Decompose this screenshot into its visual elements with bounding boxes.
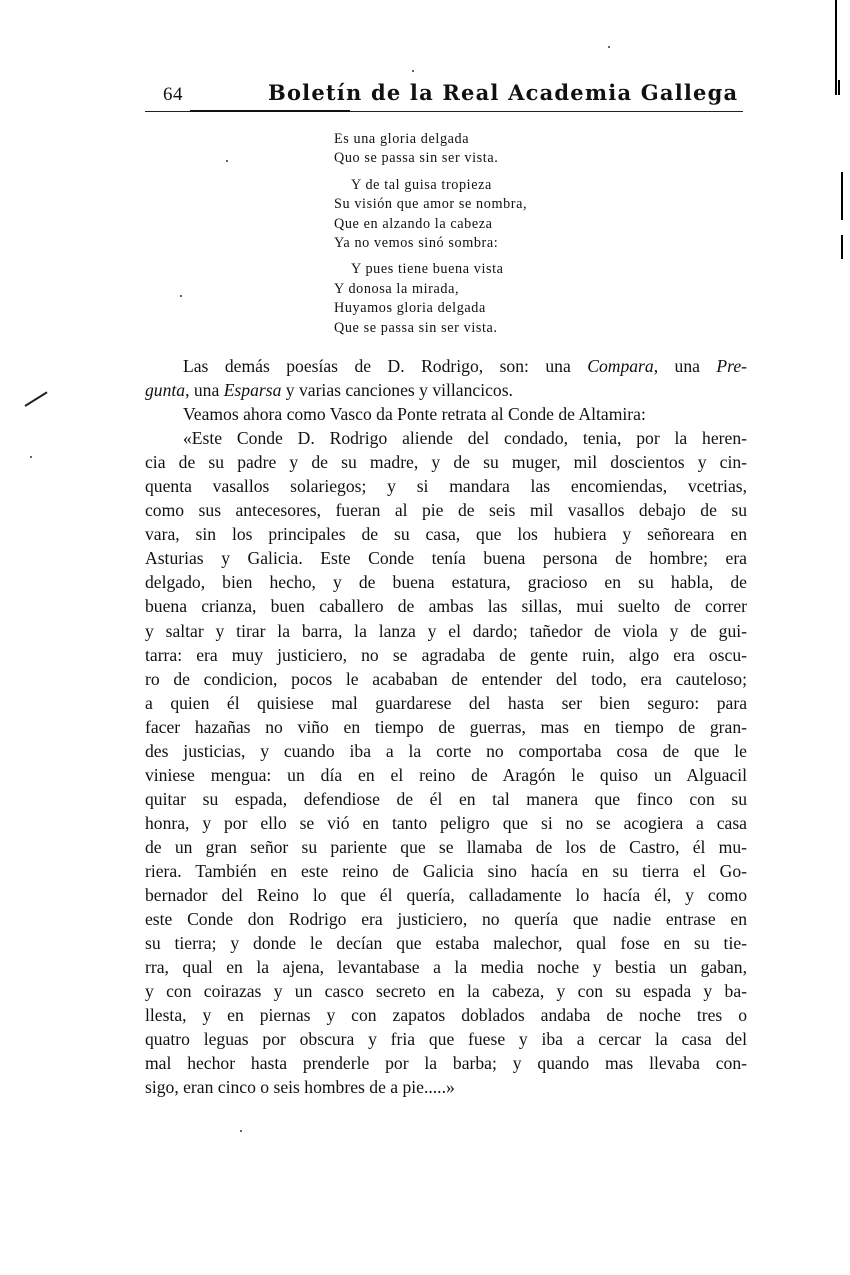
scan-edge-line xyxy=(841,235,843,259)
quote-line: ro de condicion, pocos le acababan de en… xyxy=(145,667,747,691)
poem-verse: Y pues tiene buena vista xyxy=(334,260,527,279)
page-number: 64 xyxy=(163,84,183,106)
quote-line: «Este Conde D. Rodrigo aliende del conda… xyxy=(145,426,747,450)
quote-line: sigo, eran cinco o seis hombres de a pie… xyxy=(145,1075,747,1099)
scan-edge-line xyxy=(838,80,840,95)
paragraph-line: Las demás poesías de D. Rodrigo, son: un… xyxy=(145,354,747,378)
paragraph-line: Veamos ahora como Vasco da Ponte retrata… xyxy=(145,402,747,426)
quote-line: des justicias, y cuando iba a la corte n… xyxy=(145,739,747,763)
poem-verse: Quo se passa sin ser vista. xyxy=(334,149,527,168)
quote-line: mal hechor hasta prenderle por la barba;… xyxy=(145,1051,747,1075)
quote-line: su tierra; y donde le decían que estaba … xyxy=(145,931,747,955)
scan-speck xyxy=(608,46,610,48)
quote-line: como sus antecesores, fueran al pie de s… xyxy=(145,498,747,522)
poem-verse: Que se passa sin ser vista. xyxy=(334,319,527,338)
text-run: y varias canciones y villancicos. xyxy=(281,380,513,400)
scan-edge-line xyxy=(841,172,843,220)
poem-stanza: Y pues tiene buena vista Y donosa la mir… xyxy=(334,260,527,338)
quote-line: vara, sin los principales de su casa, qu… xyxy=(145,522,747,546)
scan-speck xyxy=(226,160,228,162)
poem-block: Es una gloria delgada Quo se passa sin s… xyxy=(334,130,527,345)
poem-verse: Ya no vemos sinó sombra: xyxy=(334,234,527,253)
italic-title: Esparsa xyxy=(224,380,282,400)
quote-line: y con coirazas y un casco secreto en la … xyxy=(145,979,747,1003)
quote-line: rra, qual en la ajena, levantabase a la … xyxy=(145,955,747,979)
page-header: 64 Boletín de la Real Academia Gallega xyxy=(145,76,741,112)
quote-line: quitar su espada, defendiose de él en ta… xyxy=(145,787,747,811)
body-text: Las demás poesías de D. Rodrigo, son: un… xyxy=(145,354,747,1099)
text-run: , una xyxy=(185,380,224,400)
header-rule-thick xyxy=(190,110,350,112)
text-run: Las demás poesías de D. Rodrigo, son: un… xyxy=(183,356,587,376)
quote-line: este Conde don Rodrigo era justiciero, n… xyxy=(145,907,747,931)
poem-verse: Es una gloria delgada xyxy=(334,130,527,149)
paragraph-line: gunta, una Esparsa y varias canciones y … xyxy=(145,378,747,402)
quote-line: riera. También en este reino de Galicia … xyxy=(145,859,747,883)
quote-line: Asturias y Galicia. Este Conde tenía bue… xyxy=(145,546,747,570)
quote-line: quenta vasallos solariegos; y si mandara… xyxy=(145,474,747,498)
italic-title: gunta xyxy=(145,380,185,400)
quote-line: llesta, y en piernas y con zapatos dobla… xyxy=(145,1003,747,1027)
scan-edge-line xyxy=(835,0,837,95)
poem-verse: Y donosa la mirada, xyxy=(334,280,527,299)
quote-line: quatro leguas por obscura y fria que fue… xyxy=(145,1027,747,1051)
poem-verse: Huyamos gloria delgada xyxy=(334,299,527,318)
poem-stanza: Es una gloria delgada Quo se passa sin s… xyxy=(334,130,527,169)
quote-line: buena crianza, buen caballero de ambas l… xyxy=(145,594,747,618)
quote-line: a quien él quisiese mal guardarese del h… xyxy=(145,691,747,715)
quote-line: de un gran señor su pariente que se llam… xyxy=(145,835,747,859)
margin-pencil-mark xyxy=(24,391,47,406)
scan-speck xyxy=(240,1130,242,1132)
quote-line: cia de su padre y de su madre, y de su m… xyxy=(145,450,747,474)
poem-stanza: Y de tal guisa tropieza Su visión que am… xyxy=(334,176,527,254)
quote-line: bernador del Reino lo que él quería, cal… xyxy=(145,883,747,907)
running-title: Boletín de la Real Academia Gallega xyxy=(268,80,738,105)
italic-title: Pre- xyxy=(716,356,747,376)
poem-verse: Su visión que amor se nombra, xyxy=(334,195,527,214)
poem-verse: Y de tal guisa tropieza xyxy=(334,176,527,195)
scan-speck xyxy=(30,456,32,458)
scan-speck xyxy=(180,295,182,297)
quote-line: y saltar y tirar la barra, la lanza y el… xyxy=(145,619,747,643)
scan-speck xyxy=(412,70,414,72)
quote-line: delgado, bien hecho, y de buena estatura… xyxy=(145,570,747,594)
text-run: , una xyxy=(654,356,717,376)
quote-line: honra, y por ello se vió en tanto peligr… xyxy=(145,811,747,835)
quote-line: facer hazañas no viño en tiempo de guerr… xyxy=(145,715,747,739)
quote-line: viniese mengua: un día en el reino de Ar… xyxy=(145,763,747,787)
poem-verse: Que en alzando la cabeza xyxy=(334,215,527,234)
italic-title: Compara xyxy=(587,356,653,376)
quote-line: tarra: era muy justiciero, no se agradab… xyxy=(145,643,747,667)
